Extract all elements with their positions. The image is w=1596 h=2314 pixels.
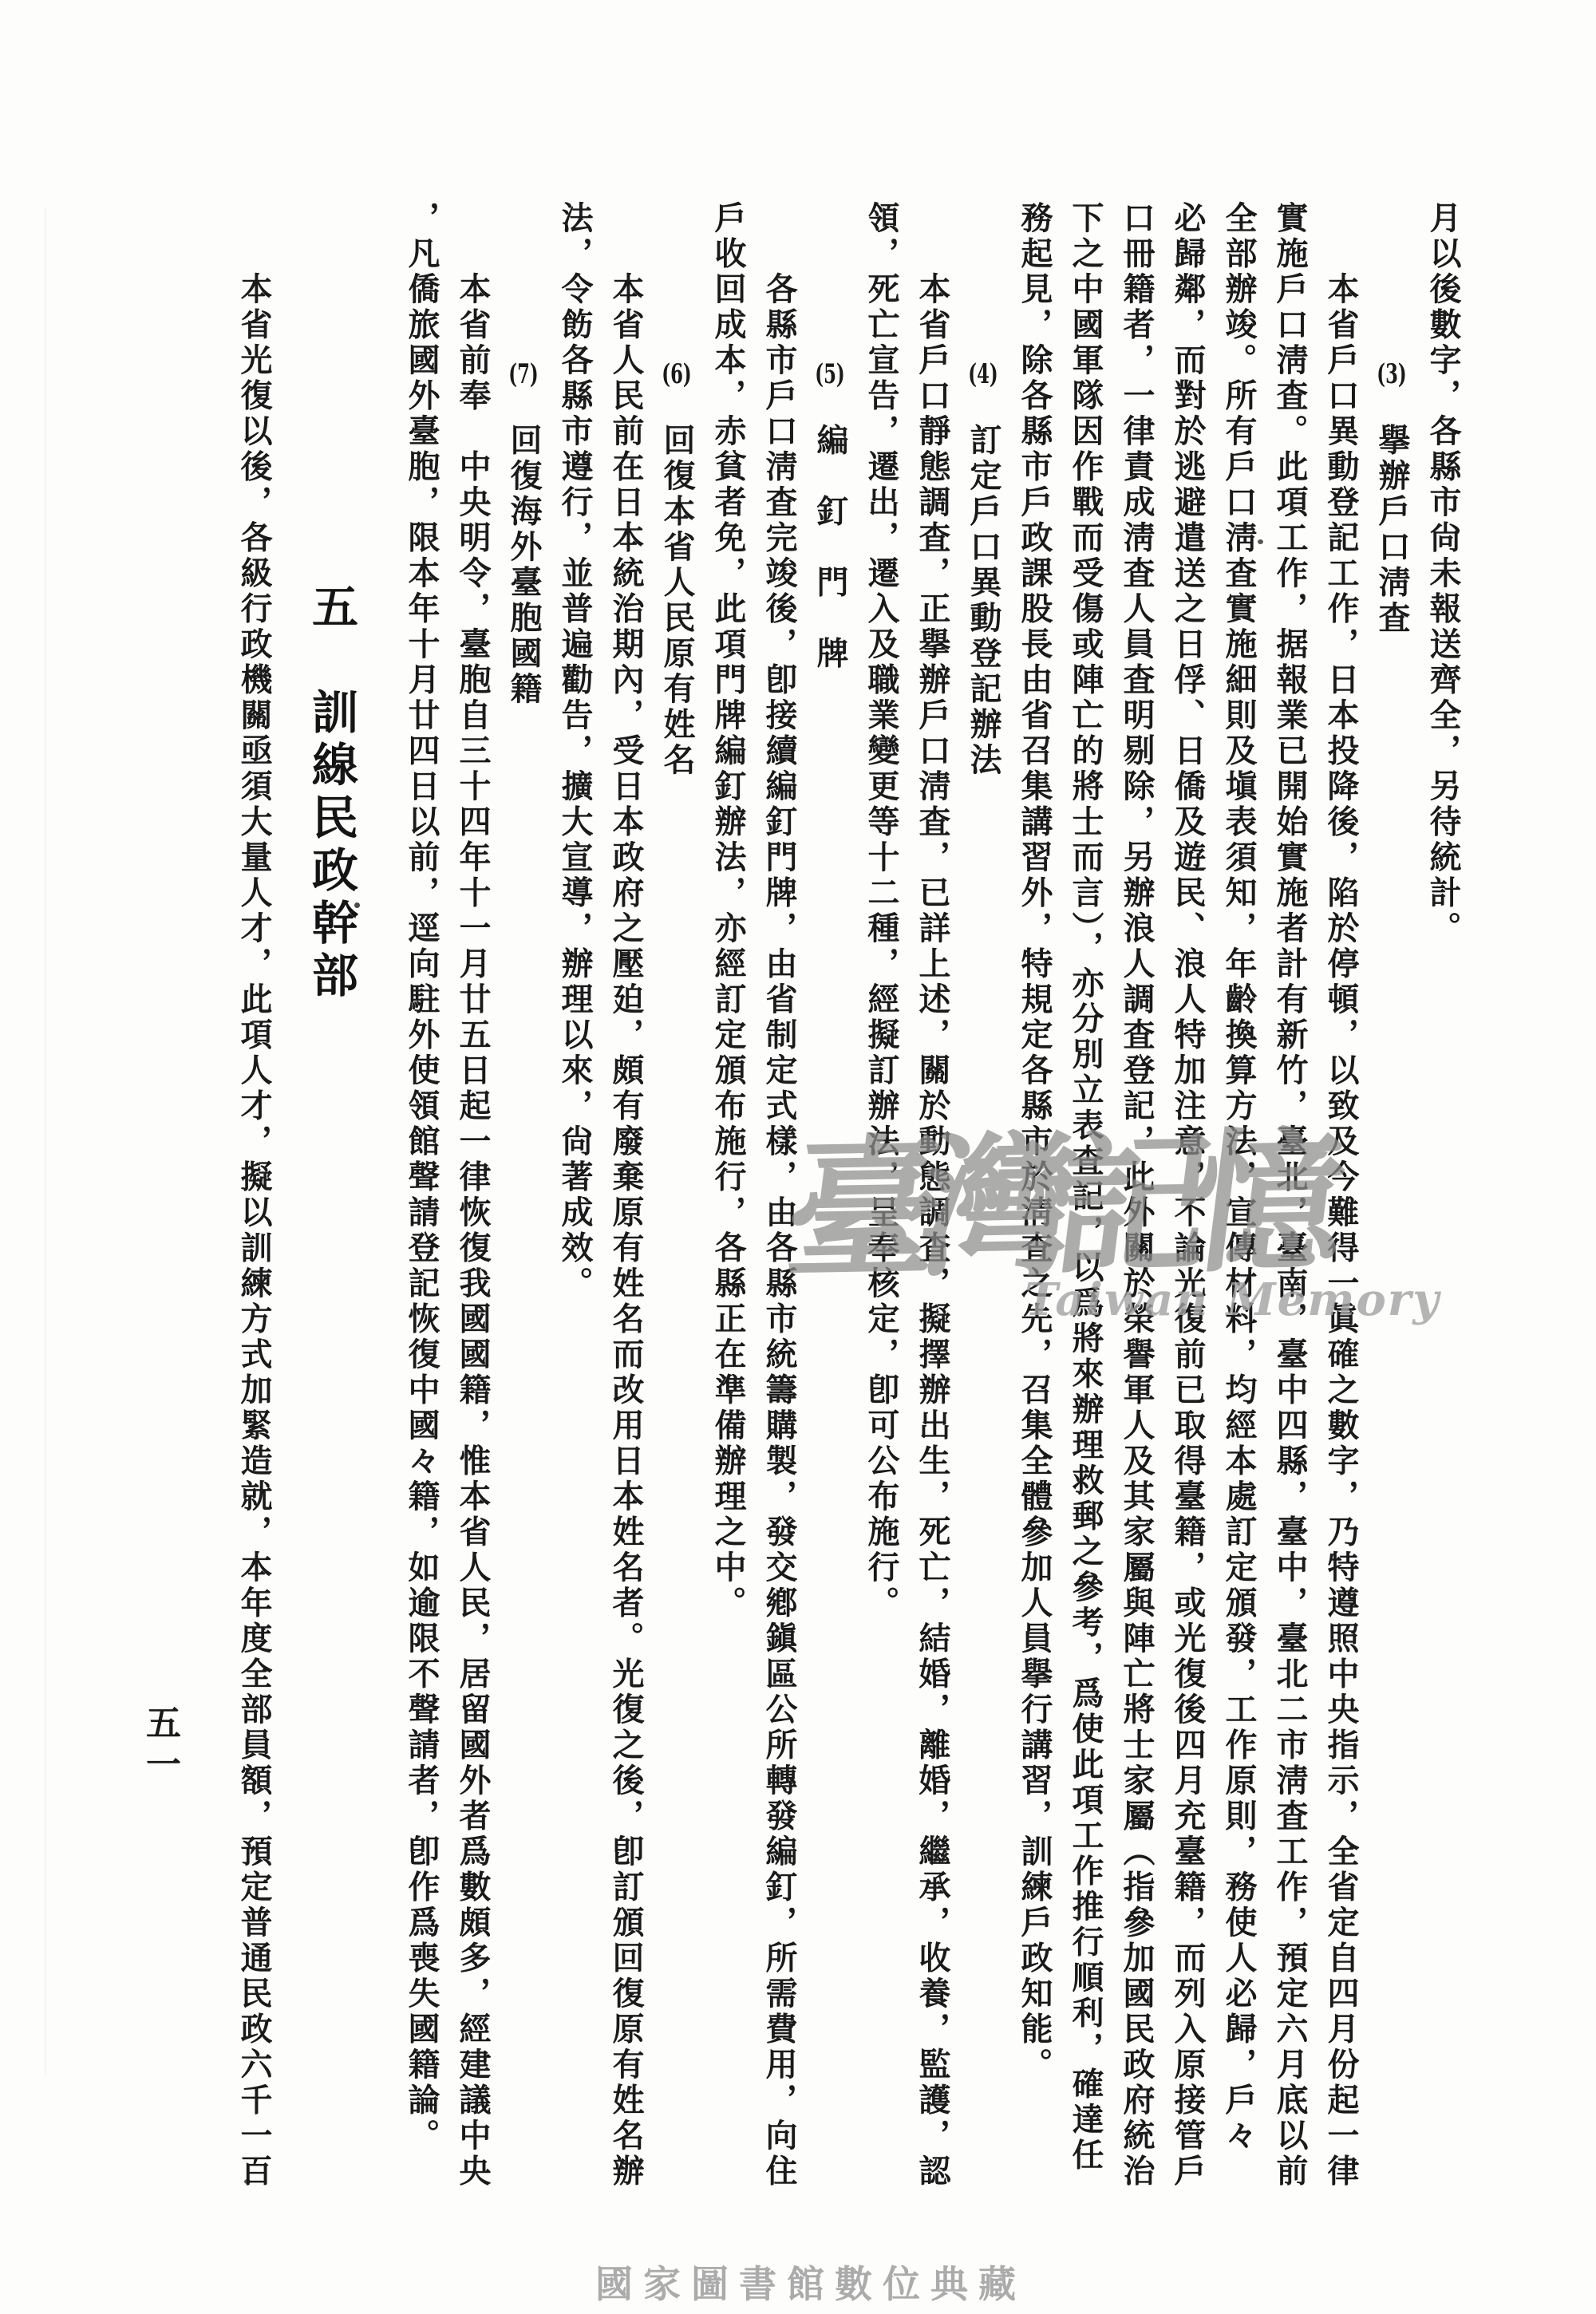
section-number: (7) xyxy=(508,361,539,388)
scanned-document-page: { "page": { "number": "五一", "footer": "國… xyxy=(0,0,1596,2314)
text-column: 本省人民前在日本統治期內，受日本政府之壓廹，頗有廢棄原有姓名而改用日本姓名者。光… xyxy=(600,201,651,2212)
section-number: (6) xyxy=(661,361,693,388)
text-column: ，凡僑旅國外臺胞，限本年十月廿四日以前，逕向駐外使領館聲請登記恢復中國々籍，如逾… xyxy=(396,201,447,2212)
text-column: (7) 回復海外臺胞國籍 xyxy=(498,201,549,2212)
scan-edge-shadow xyxy=(45,207,46,2075)
page-number: 五一 xyxy=(134,1704,185,1787)
section-number: (3) xyxy=(1376,361,1408,388)
section-number: (5) xyxy=(814,361,846,388)
text-column: 本省前奉 中央明令，臺胞自三十四年十一月廿五日起一律恢復我國國籍，惟本省人民，居… xyxy=(447,201,498,2212)
section-number: (4) xyxy=(967,361,999,388)
section-heading: 五 訓線民政幹部 xyxy=(302,201,361,2212)
library-footer-caption: 國家圖書館數位典藏 xyxy=(595,2255,1026,2308)
text-column: 法，令飭各縣市遵行，並普遍勸告，擴大宣導，辦理以來，尙著成效。 xyxy=(549,201,600,2212)
taiwan-memory-watermark-latin: Taiwan Memory xyxy=(1025,1273,1440,1326)
text-column: (3) 擧辦戶口淸査 xyxy=(1366,201,1417,2212)
text-column: 月以後數字，各縣市尙未報送齊全，另待統計。 xyxy=(1417,201,1468,2212)
text-column: 本省光復以後，各級行政機關亟須大量人才，此項人才，擬以訓練方式加緊造就，本年度全… xyxy=(228,201,279,2212)
text-column: (6) 回復本省人民原有姓名 xyxy=(651,201,702,2212)
text-column: 戶收回成本，赤貧者免，此項門牌編釘辦法，亦經訂定頒布施行，各縣正在準備辦理之中。 xyxy=(702,201,753,2212)
